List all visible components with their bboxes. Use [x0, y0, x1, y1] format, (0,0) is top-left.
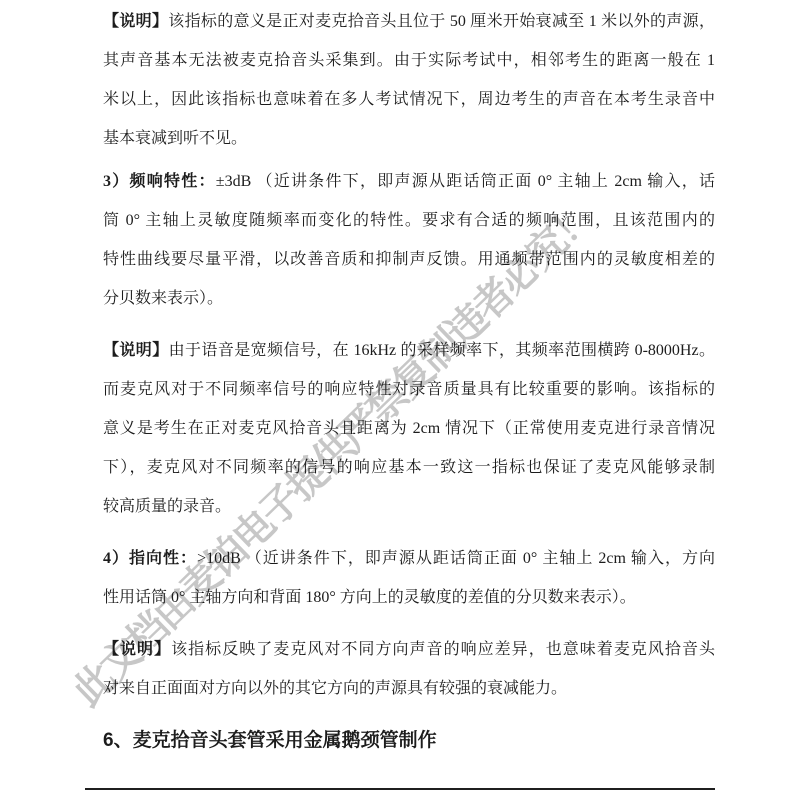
note-paragraph: 【说明】该指标反映了麦克风对不同方向声音的响应差异，也意味着麦克风拾音头 对来自… — [103, 630, 715, 708]
text-line: 3）频响特性：±3dB （近讲条件下，即声源从距话筒正面 0° 主轴上 2cm … — [103, 162, 715, 201]
table-top-border — [85, 788, 715, 790]
text-line: 【说明】该指标的意义是正对麦克拾音头且位于 50 厘米开始衰减至 1 米以外的声… — [103, 2, 715, 41]
text-run: ±3dB （近讲条件下，即声源从距话筒正面 0° 主轴上 2cm 输入，话 — [216, 173, 715, 190]
spec-item-paragraph: 3）频响特性：±3dB （近讲条件下，即声源从距话筒正面 0° 主轴上 2cm … — [103, 162, 715, 318]
note-label: 【说明】 — [103, 342, 169, 359]
text-run: >10dB （近讲条件下，即声源从距话筒正面 0° 主轴上 2cm 输入，方向 — [197, 550, 715, 567]
text-run: 该指标的意义是正对麦克拾音头且位于 50 厘米开始衰减至 1 米以外的声源， — [168, 13, 715, 30]
note-label: 【说明】 — [103, 641, 171, 658]
text-line: 4）指向性：>10dB （近讲条件下，即声源从距话筒正面 0° 主轴上 2cm … — [103, 539, 715, 578]
spec-item-label: 3）频响特性： — [103, 173, 216, 190]
text-line: 【说明】该指标反映了麦克风对不同方向声音的响应差异，也意味着麦克风拾音头 — [103, 630, 715, 669]
text-line: 下），麦克风对不同频率的信号的响应基本一致这一指标也保证了麦克风能够录制 — [103, 448, 715, 487]
text-run: 由于语音是宽频信号，在 16kHz 的采样频率下，其频率范围横跨 0-8000H… — [169, 342, 715, 359]
note-paragraph: 【说明】该指标的意义是正对麦克拾音头且位于 50 厘米开始衰减至 1 米以外的声… — [103, 2, 715, 158]
text-line: 基本衰减到听不见。 — [103, 119, 715, 158]
text-line: 米以上，因此该指标也意味着在多人考试情况下，周边考生的声音在本考生录音中 — [103, 80, 715, 119]
document-content: 【说明】该指标的意义是正对麦克拾音头且位于 50 厘米开始衰减至 1 米以外的声… — [0, 0, 800, 760]
text-line: 性用话筒 0° 主轴方向和背面 180° 方向上的灵敏度的差值的分贝数来表示）。 — [103, 578, 715, 617]
text-line: 【说明】由于语音是宽频信号，在 16kHz 的采样频率下，其频率范围横跨 0-8… — [103, 331, 715, 370]
note-label: 【说明】 — [103, 13, 168, 30]
text-line: 而麦克风对于不同频率信号的响应特性对录音质量具有比较重要的影响。该指标的 — [103, 370, 715, 409]
text-run: 该指标反映了麦克风对不同方向声音的响应差异，也意味着麦克风拾音头 — [171, 641, 715, 658]
text-line: 对来自正面面对方向以外的其它方向的声源具有较强的衰减能力。 — [103, 669, 715, 708]
text-line: 较高质量的录音。 — [103, 487, 715, 526]
text-line: 特性曲线要尽量平滑，以改善音质和抑制声反馈。用通频带范围内的灵敏度相差的 — [103, 240, 715, 279]
text-line: 意义是考生在正对麦克风拾音头且距离为 2cm 情况下（正常使用麦克进行录音情况 — [103, 409, 715, 448]
text-line: 筒 0° 主轴上灵敏度随频率而变化的特性。要求有合适的频响范围，且该范围内的 — [103, 201, 715, 240]
spec-item-paragraph: 4）指向性：>10dB （近讲条件下，即声源从距话筒正面 0° 主轴上 2cm … — [103, 539, 715, 617]
note-paragraph: 【说明】由于语音是宽频信号，在 16kHz 的采样频率下，其频率范围横跨 0-8… — [103, 331, 715, 526]
spec-item-label: 4）指向性： — [103, 550, 197, 567]
section-heading: 6、麦克拾音头套管采用金属鹅颈管制作 — [103, 721, 715, 760]
text-line: 分贝数来表示）。 — [103, 279, 715, 318]
text-line: 其声音基本无法被麦克拾音头采集到。由于实际考试中，相邻考生的距离一般在 1 — [103, 41, 715, 80]
document-page: 此文档由麦铂电子提供严禁复制违者必究！ 【说明】该指标的意义是正对麦克拾音头且位… — [0, 0, 800, 800]
